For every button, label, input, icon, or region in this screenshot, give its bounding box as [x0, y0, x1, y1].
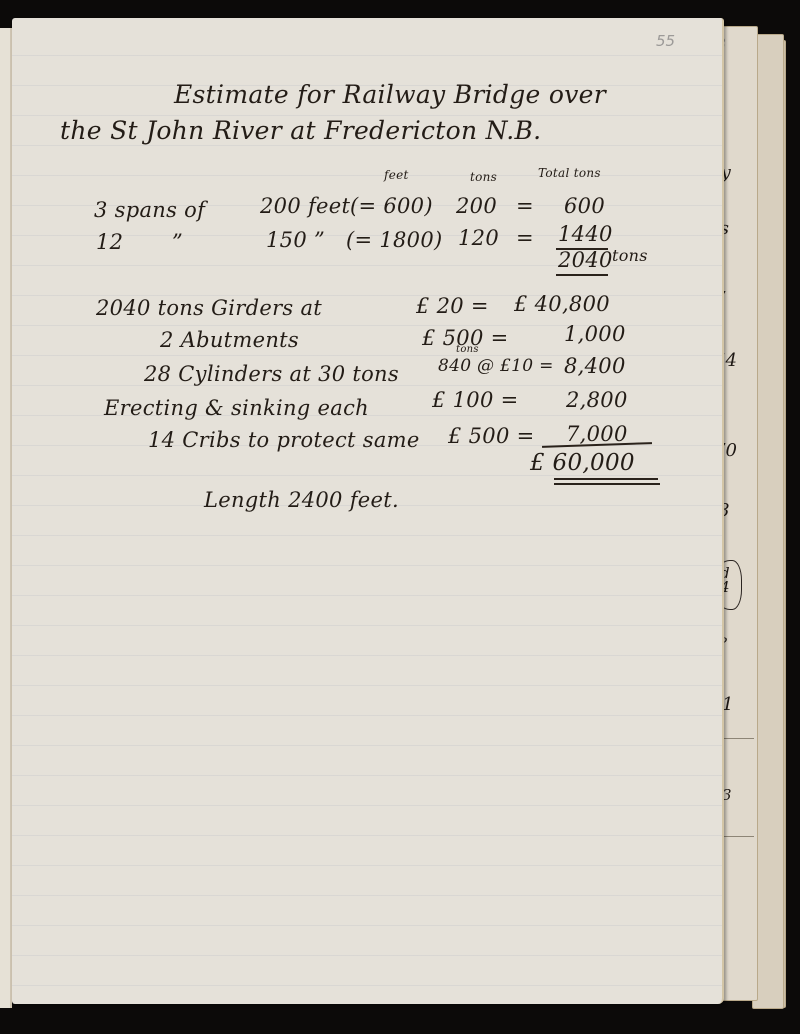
cost-rate: £ 500 =: [448, 424, 535, 448]
cost-amount: 1,000: [564, 322, 626, 346]
cost-amount: 2,800: [566, 388, 628, 412]
cost-amount: £ 40,800: [514, 292, 610, 316]
span-eq: =: [516, 226, 534, 250]
title-line-2: the St John River at Fredericton N.B.: [60, 116, 541, 145]
grand-total: £ 60,000: [530, 450, 635, 476]
total-double-underline-1: [554, 478, 658, 480]
cost-rate: 840 @ £10 =: [438, 356, 554, 376]
span-total-tons: 1440: [558, 222, 613, 246]
span-tons-each: 200: [456, 194, 497, 218]
cost-label: 14 Cribs to protect same: [148, 428, 420, 452]
spans-total-unit: tons: [612, 246, 648, 265]
header-tons: tons: [470, 170, 497, 184]
header-total-tons: Total tons: [538, 166, 601, 180]
span-tons-each: 120: [458, 226, 499, 250]
span-length: 200 feet: [260, 194, 350, 218]
left-page-edge: [0, 28, 12, 1008]
sum-underline: [556, 274, 608, 276]
span-length: 150 ”: [266, 228, 325, 252]
header-feet: feet: [384, 168, 409, 182]
span-total-feet: (= 600): [350, 194, 433, 218]
length-note: Length 2400 feet.: [204, 488, 399, 512]
cost-rate: £ 20 =: [416, 294, 489, 318]
span-total-feet: (= 1800): [346, 228, 443, 252]
cost-label: 2 Abutments: [160, 328, 299, 352]
page-number: 55: [656, 32, 675, 50]
cost-label: Erecting & sinking each: [104, 396, 369, 420]
cost-rate: £ 100 =: [432, 388, 519, 412]
span-count: 12: [96, 230, 123, 254]
cost-rate-sup: tons: [456, 344, 479, 355]
notebook-page: 55 Estimate for Railway Bridge over the …: [12, 18, 724, 1004]
margin-rule: [724, 738, 754, 739]
span-count: 3 spans of: [94, 198, 205, 222]
spans-total: 2040: [558, 248, 613, 272]
cost-amount: 8,400: [564, 354, 626, 378]
title-line-1: Estimate for Railway Bridge over: [174, 80, 606, 109]
cost-label: 2040 tons Girders at: [96, 296, 322, 320]
cost-label: 28 Cylinders at 30 tons: [144, 362, 399, 386]
span-eq: =: [516, 194, 534, 218]
span-ditto: ”: [172, 230, 183, 254]
margin-rule: [724, 836, 754, 837]
notebook-scene: 63 ry is 7 54 70 8 d 4 ? 1 3 55 Estimate…: [0, 0, 800, 1034]
total-double-underline-2: [554, 483, 660, 485]
span-total-tons: 600: [564, 194, 605, 218]
